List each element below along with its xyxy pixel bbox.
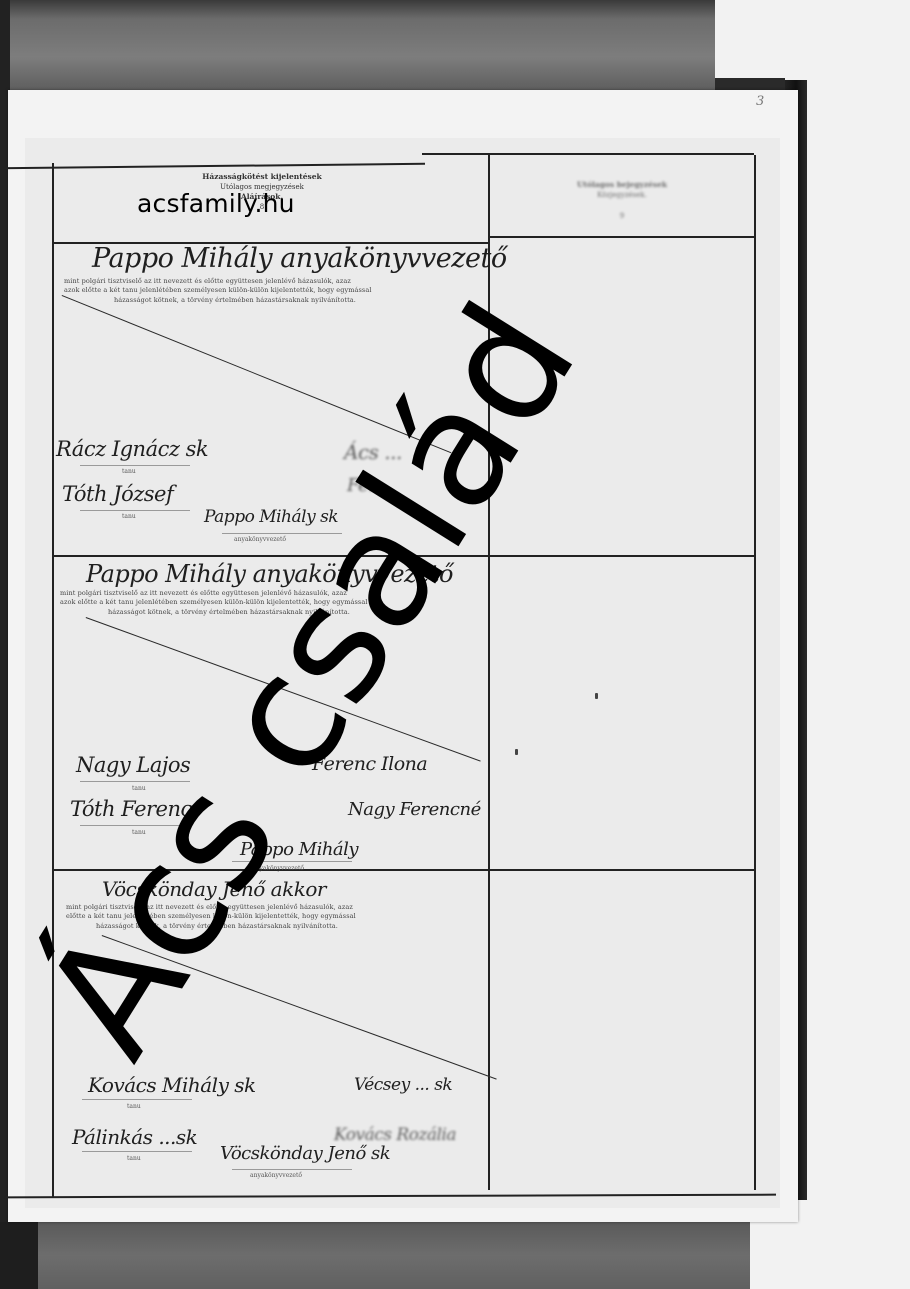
scan-speck [595, 693, 598, 699]
top-border-left [0, 163, 425, 169]
signature-line [80, 510, 190, 511]
scan-speck [515, 749, 518, 755]
entry-3-registrar-caption: anyakönyvvezető [250, 1172, 302, 1179]
signature-line [82, 1099, 192, 1100]
right-column-header: Utólagos bejegyzések Közjegyzések. 9 [522, 180, 722, 222]
page-number: 3 [756, 94, 764, 109]
entry-3-witness-1-caption: tanu [127, 1103, 141, 1110]
printed-line: házasságot kötnek, a törvény értelmében … [64, 296, 474, 305]
scan-background-bottom [0, 1222, 750, 1289]
scan-bottom-left-corner [0, 1222, 38, 1289]
signature-line [232, 1169, 352, 1170]
entry-3-witness-2: Pálinkás ...sk [72, 1125, 197, 1149]
printed-line: mint polgári tisztviselő az itt nevezett… [64, 277, 474, 286]
entry-1-registrar-line: Pappo Mihály anyakönyvvezető [92, 243, 507, 274]
watermark-site: acsfamily.hu [137, 189, 295, 218]
right-header-subtitle: Közjegyzések. [522, 191, 722, 201]
book-spine-top [715, 78, 785, 90]
left-header-title: Házasságkötést kijelentések [112, 172, 412, 183]
entry-1-registrar-caption: anyakönyvvezető [234, 536, 286, 543]
entry-1-witness-2: Tóth József [62, 482, 173, 506]
entry-3-registrar-sign: Vöcskönday Jenő sk [220, 1143, 390, 1164]
right-header-title: Utólagos bejegyzések [522, 180, 722, 191]
left-border [52, 163, 54, 1198]
right-border [754, 155, 756, 1190]
entry-2-spouse-2: Nagy Ferencné [348, 799, 481, 820]
entry-1-printed-text: mint polgári tisztviselő az itt nevezett… [64, 277, 474, 305]
entry-3-spouse-1: Vécsey ... sk [354, 1075, 452, 1095]
right-column-index: 9 [522, 212, 722, 222]
printed-line: azok előtte a két tanu jelenlétében szem… [64, 286, 474, 295]
header-separator-right [488, 236, 754, 238]
scan-background-top [0, 0, 720, 95]
entry-3-spouse-2: Kovács Rozália [334, 1125, 456, 1145]
entry-1-witness-1: Rácz Ignácz sk [56, 437, 208, 461]
signature-line [82, 1151, 192, 1152]
entry-1-witness-2-caption: tanu [122, 513, 136, 520]
entry-3-witness-2-caption: tanu [127, 1155, 141, 1162]
signature-line [80, 465, 190, 466]
entry-1-witness-1-caption: tanu [122, 468, 136, 475]
top-border-right [422, 153, 754, 155]
